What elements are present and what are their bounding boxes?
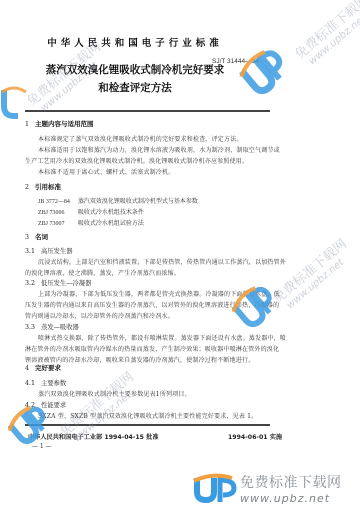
subsection-3-1-heading: 3.1 高压发生器 (25, 246, 73, 255)
up-logo-icon (8, 405, 50, 447)
footer-divider (25, 424, 270, 426)
paragraph: 本标准不适用于离心式、螺杆式、活塞式制冷机。 (38, 167, 174, 176)
document-title-line2: 和检查评定方法 (0, 80, 270, 95)
paragraph: 淋在管外的冷剂水吸取管内冷媒水的热量而蒸发，产生制冷效果；吸收器中喷淋在管外的溴… (25, 344, 279, 353)
up-logo-icon (232, 285, 278, 331)
section-2-heading: 2 引用标准 (25, 182, 61, 191)
paragraph: 管内则通以冷却水，以冷却管外的冷剂蒸汽和冷剂水。 (25, 311, 174, 320)
section-4-heading: 4 完好要求 (25, 363, 61, 372)
reference-item: JB 3772—84 蒸汽双效溴化锂吸收式制冷机型式与基本参数 (38, 196, 198, 205)
paragraph: 喷淋式热交换器，除了传热管外，都设有喷淋装置。蒸发器下面还设有水盘。蒸发器中，喷 (38, 333, 286, 342)
document-title-line1: 蒸汽双效溴化锂吸收式制冷机完好要求 (0, 62, 270, 77)
paragraph: 的溴化锂溶液，使之沸腾，蒸发，产生冷剂蒸汽而浓缩。 (25, 268, 180, 277)
paragraph: 蒸汽双效溴化锂吸收式制冷机主要参数见表1所列项目。 (38, 389, 191, 398)
brand-name: 免费标准下载网 (240, 472, 342, 492)
header-divider (25, 110, 270, 112)
subsection-3-2-heading: 3.2 低压发生—冷凝器 (25, 278, 91, 287)
paragraph: 本标准适用于以饱和蒸汽为动力，溴化锂水溶液为吸收剂，水为制冷剂，制取空气调节或 (38, 145, 280, 154)
subsection-4-1-heading: 4.1 主要参数 (25, 378, 66, 387)
brand-watermark: 免费标准下载网 www.upbz.net (240, 472, 342, 505)
section-3-heading: 3 名词 (25, 232, 48, 241)
up-brand-logo-icon (192, 472, 238, 504)
reference-item: ZBJ 73007 吸收式冷水机组试验方法 (38, 218, 144, 227)
section-1-heading: 1 主题内容与适用范围 (25, 119, 94, 128)
document-page: 中华人民共和国电子行业标准 SJ/T 31444—94 蒸汽双效溴化锂吸收式制冷… (0, 0, 360, 510)
up-logo-icon (238, 48, 288, 98)
watermark-text: 免费标准下载网 www.upbz.net (290, 0, 360, 71)
paragraph: 本标准规定了蒸气双效溴化锂吸收式制冷机的完好要求和检查、评定方法。 (38, 134, 243, 143)
paragraph: 生产工艺用冷水的双效溴化锂吸收式制冷机。溴化锂吸收式制冷机亦应参照使用。 (25, 156, 248, 165)
up-logo-icon (0, 82, 30, 122)
subsection-3-3-heading: 3.3 蒸发—吸收器 (25, 322, 79, 331)
issuer-header: 中华人民共和国电子行业标准 (0, 35, 270, 49)
watermark-text: 免费标准下载网 www.upbz.net (268, 233, 357, 314)
implementation-date: 1994-06-01 实施 (228, 432, 282, 441)
paragraph: SXZA 型、SXZB 型蒸汽双效溴化锂吸收式制冷机主要性能完好要求，见表 1。 (38, 411, 257, 420)
reference-item: ZBJ 73006 吸收式冷水机组技术条件 (38, 207, 144, 216)
brand-url: www.upbz.net (240, 492, 342, 505)
paragraph: 沉浸式结构，上部是汽室和挡液装置，下部是传热管，传热管内通以工作蒸汽，以加热管外 (38, 257, 286, 266)
